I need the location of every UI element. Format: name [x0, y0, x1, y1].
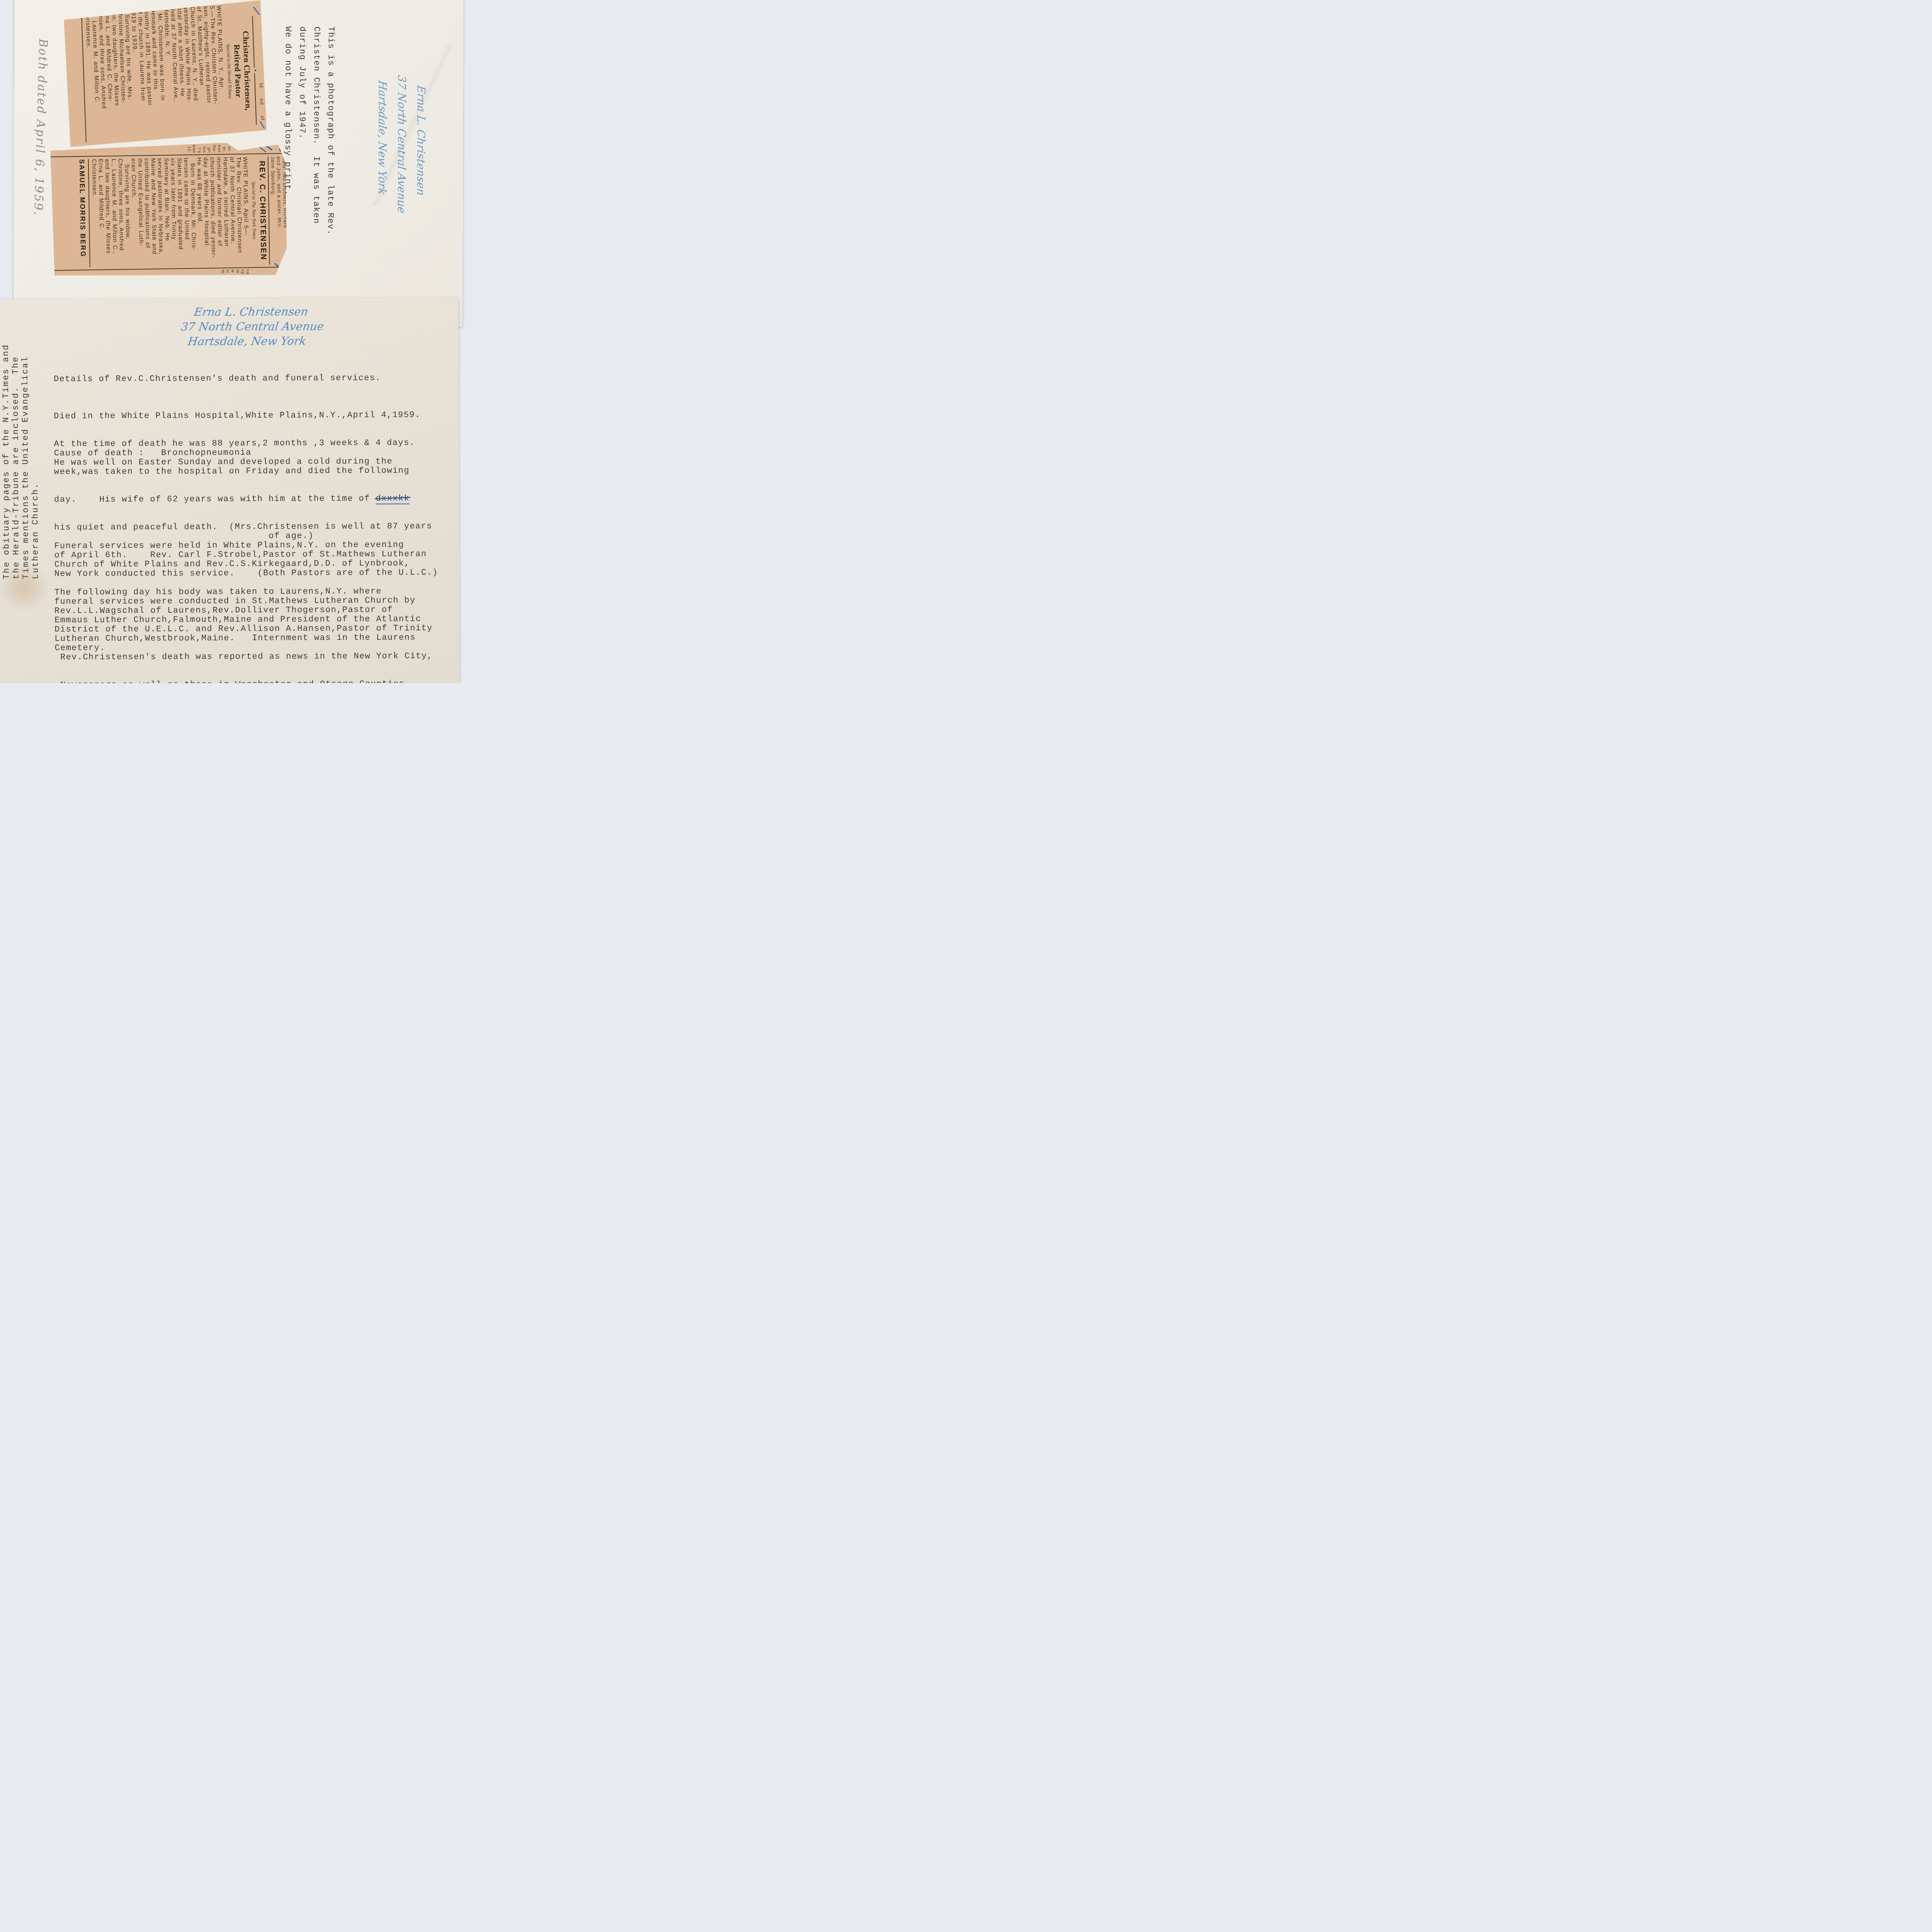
stamp-city: Hartsdale, New York	[372, 79, 392, 210]
top-sheet: Both dated April 6, 1959. ld ed of a Chr…	[14, 0, 463, 327]
clipping2-byline: Special to The New York Times.	[250, 156, 258, 265]
struck-word: dxxxkk	[376, 494, 410, 504]
typed-details-block: Details of Rev.C.Christensen's death and…	[54, 355, 453, 683]
stamp-city: Hartsdale, New York	[187, 333, 325, 349]
stamp-name: Erna L. Christensen	[193, 304, 325, 319]
scanned-page: Both dated April 6, 1959. ld ed of a Chr…	[0, 0, 483, 683]
blue-period: .	[415, 410, 421, 420]
typed-line-newspapers: Newspapers as well as those in Westchest…	[55, 679, 453, 683]
clipping2-main-column: zfeld; two brothers, Richard and John, a…	[51, 154, 287, 270]
clipping-herald-tribune: ld ed of a Christen Christensen, Retired…	[63, 0, 267, 147]
clipping2-rule-above-headline	[268, 156, 270, 265]
typed-line-died: Died in the White Plains Hospital,White …	[54, 410, 452, 421]
stamp-name: Erna L. Christensen	[411, 84, 431, 211]
clipping1-body: WHITE PLAINS, N. Y., Apr. 5.—The Rev. Ch…	[84, 5, 227, 143]
pencil-note-area: Both dated April 6, 1959.	[21, 39, 47, 280]
clipping-ny-times: RD ar- er, ese Na- gn his l's was 15. zf…	[50, 142, 287, 278]
clipping2-next-headline-fragment: SAMUEL MORRIS BERG	[78, 159, 87, 267]
margin-note-area: The obituary pages of the N.Y.Times and …	[1, 327, 40, 579]
stamp-street: 37 North Central Avenue	[392, 74, 412, 211]
clipping2-body: WHITE PLAINS, April 5— The Rev. Christia…	[91, 156, 250, 267]
paper-stain	[0, 562, 49, 612]
clipping2-rule-below-body	[88, 159, 90, 267]
typed-block-b: At the time of death he was 88 years,2 m…	[54, 438, 452, 477]
typed-note-area: This is a photograph of the late Rev. Ch…	[279, 26, 338, 242]
margin-note: The obituary pages of the N.Y.Times and …	[1, 327, 40, 579]
clipping1-next-story-fragment: M	[73, 10, 84, 143]
typed-photo-note: This is a photograph of the late Rev. Ch…	[280, 26, 338, 242]
address-stamp-area-top: Erna L. Christensen 37 North Central Ave…	[370, 75, 431, 209]
stamp-street: 37 North Central Avenue	[180, 319, 325, 334]
clipping2-prev-column-fragments: ar- er, ese Na- gn his l's was 15.	[186, 143, 231, 153]
typed-block-a: Details of Rev.C.Christensen's death and…	[54, 373, 452, 393]
address-stamp-area-bottom: Erna L. Christensen 37 North Central Ave…	[181, 304, 324, 349]
clipping2-next-column-fragments: na sp le w si W	[220, 269, 250, 276]
clipping2-headline: REV. C. CHRISTENSEN	[257, 156, 268, 265]
bottom-sheet: Erna L. Christensen 37 North Central Ave…	[0, 298, 460, 683]
typed-line-wife: day. His wife of 62 years was with him a…	[54, 494, 452, 505]
pencil-note: Both dated April 6, 1959.	[29, 39, 50, 280]
typed-block-c: his quiet and peaceful death. (Mrs.Chris…	[54, 522, 452, 662]
